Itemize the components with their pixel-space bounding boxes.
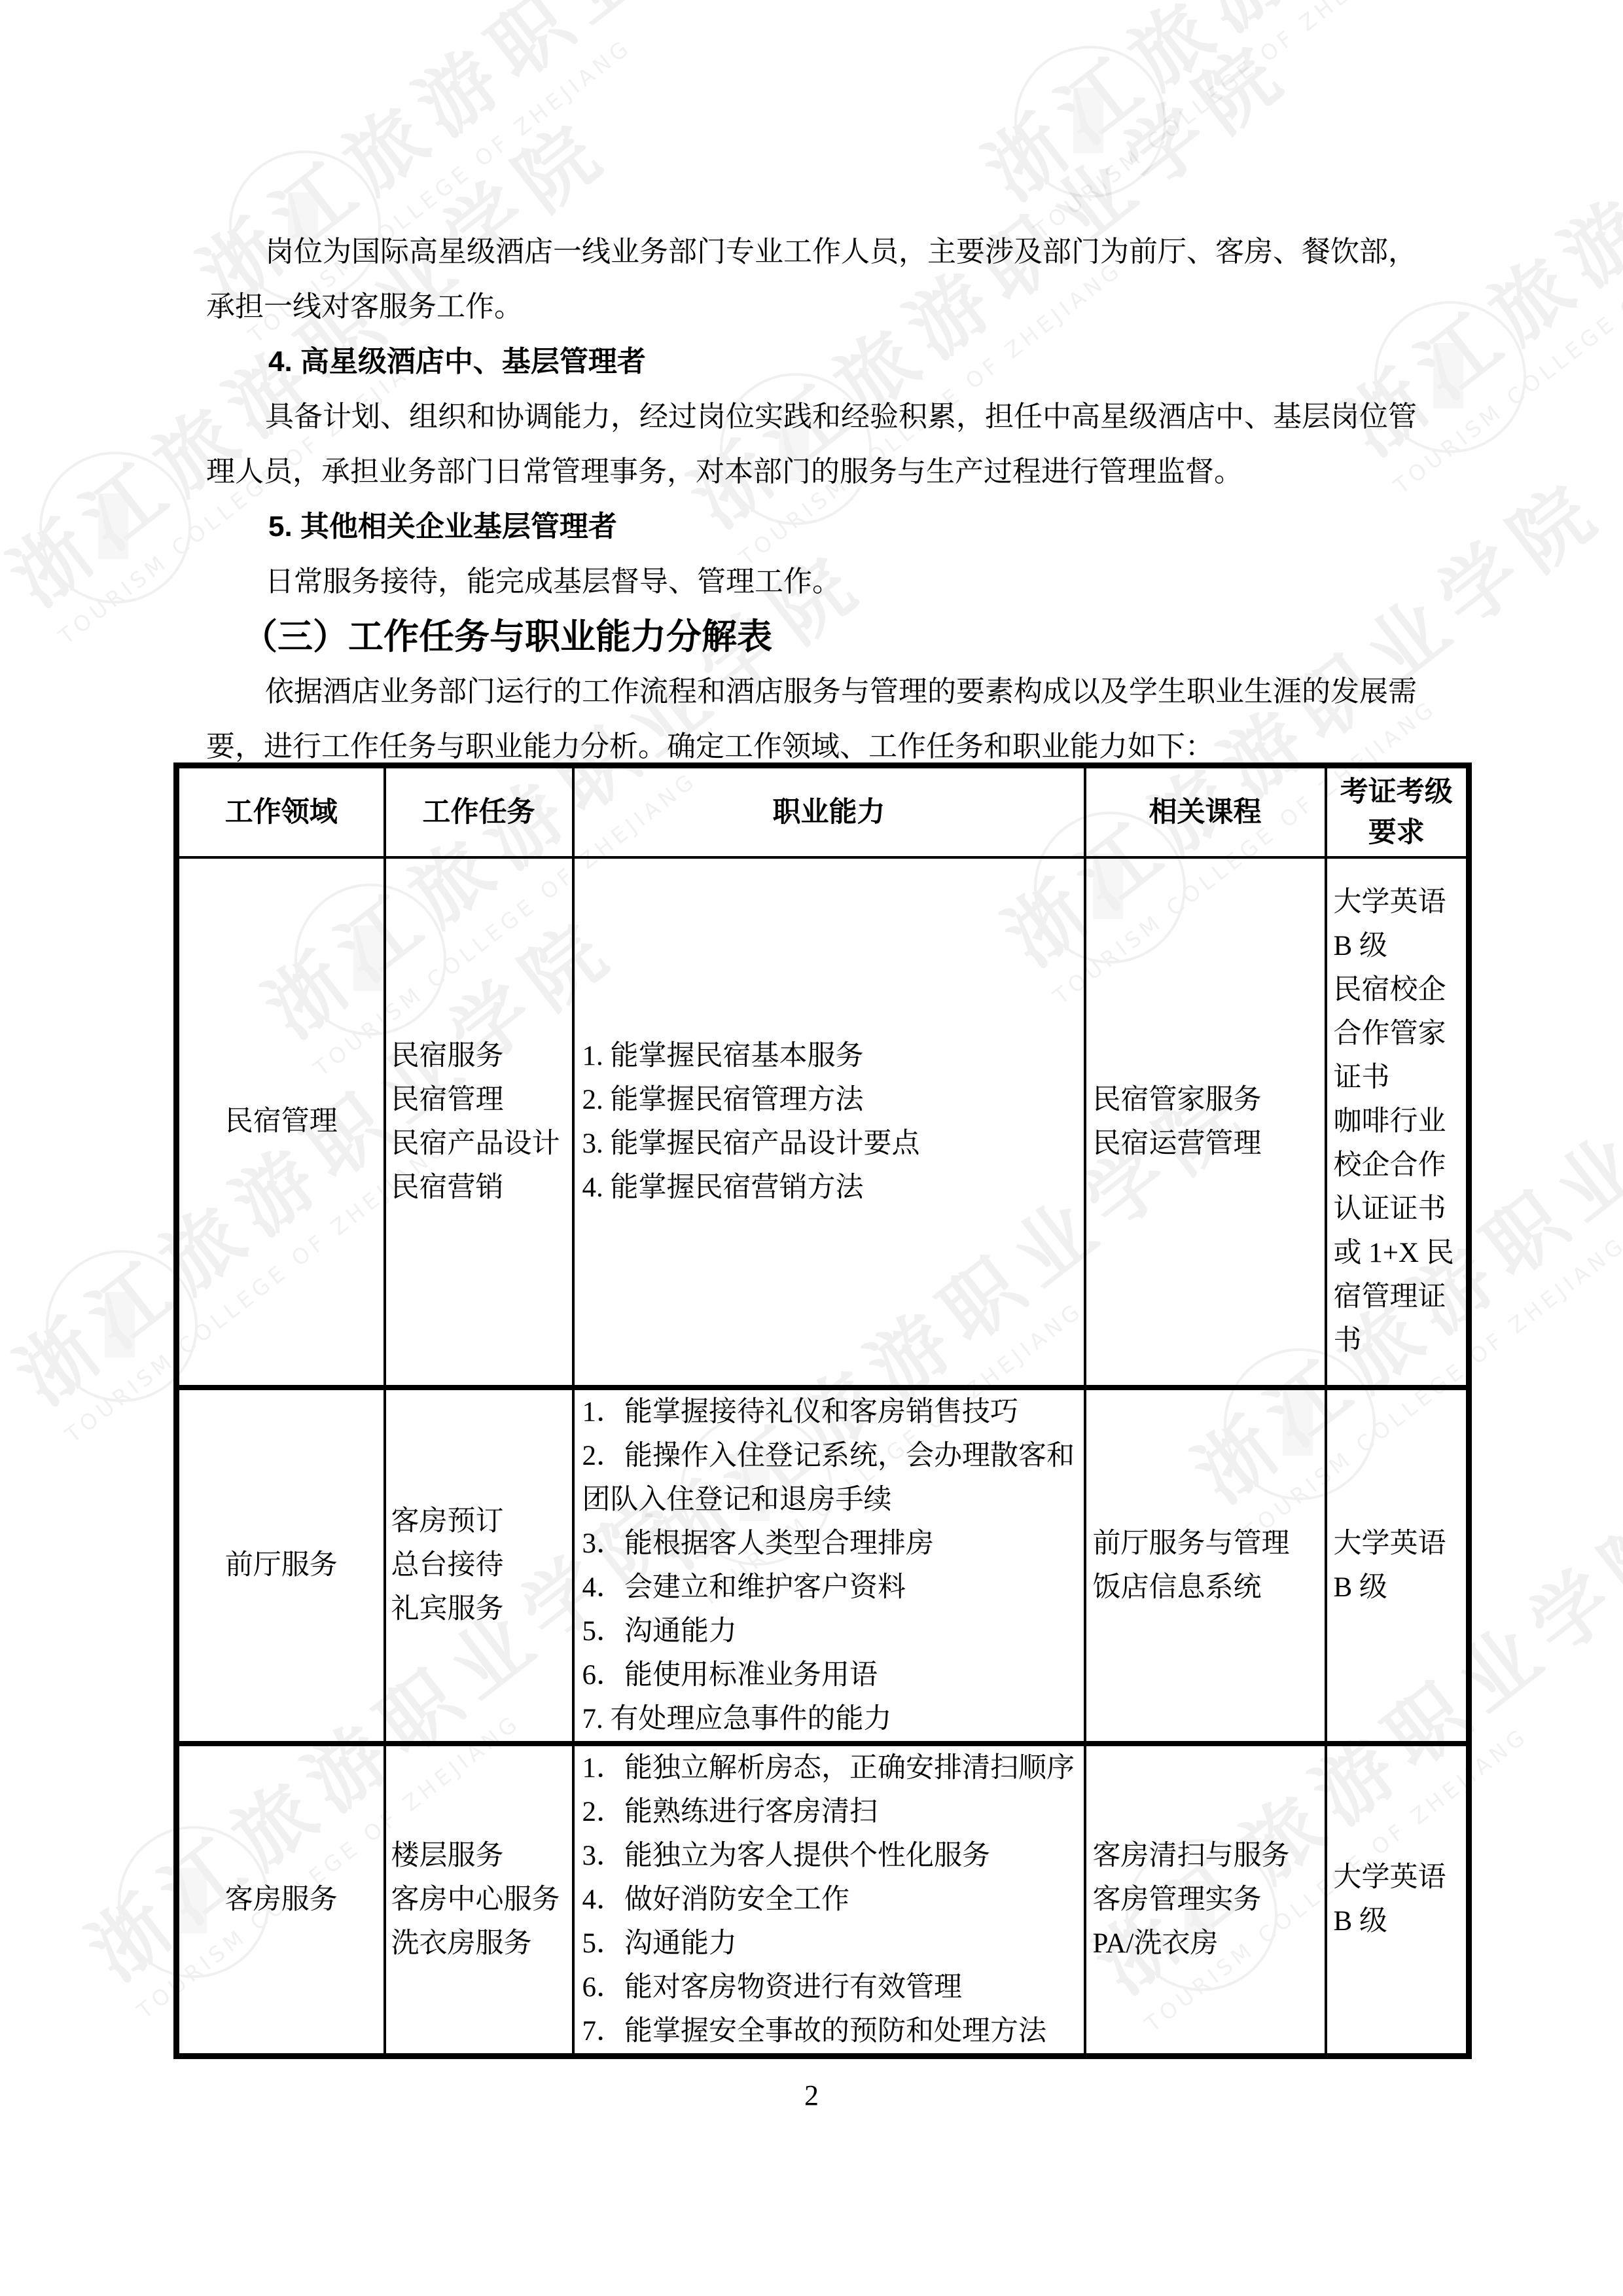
domain-cell: 客房服务 xyxy=(177,1744,385,2056)
abilities-cell: 1．能独立解析房态，正确安排清扫顺序 2．能熟练进行客房清扫 3．能独立为客人提… xyxy=(573,1744,1085,2056)
tasks-cell: 楼层服务 客房中心服务 洗衣房服务 xyxy=(385,1744,573,2056)
header-ability: 职业能力 xyxy=(573,766,1085,857)
header-course: 相关课程 xyxy=(1085,766,1326,857)
table-row-front-office: 前厅服务 客房预订 总台接待 礼宾服务 1．能掌握接待礼仪和客房销售技巧 2．能… xyxy=(177,1388,1469,1744)
heading-5-other-managers: 5. 其他相关企业基层管理者 xyxy=(206,499,1417,554)
table-header-row: 工作领域 工作任务 职业能力 相关课程 考证考级要求 xyxy=(177,766,1469,857)
task-ability-table: 工作领域 工作任务 职业能力 相关课程 考证考级要求 民宿管理 民宿服务 民宿管… xyxy=(173,762,1472,2059)
domain-cell: 前厅服务 xyxy=(177,1388,385,1744)
header-work-task: 工作任务 xyxy=(385,766,573,857)
tasks-cell: 民宿服务 民宿管理 民宿产品设计 民宿营销 xyxy=(385,857,573,1388)
abilities-cell: 1. 能掌握民宿基本服务 2. 能掌握民宿管理方法 3. 能掌握民宿产品设计要点… xyxy=(573,857,1085,1388)
document-page: 浙江旅游职业学院TOURISM COLLEGE OF ZHEJIANG 浙江旅游… xyxy=(0,0,1623,2296)
header-cert: 考证考级要求 xyxy=(1326,766,1469,857)
courses-cell: 客房清扫与服务 客房管理实务 PA/洗衣房 xyxy=(1085,1744,1326,2056)
courses-cell: 前厅服务与管理 饭店信息系统 xyxy=(1085,1388,1326,1744)
paragraph-frontline-staff: 岗位为国际高星级酒店一线业务部门专业工作人员，主要涉及部门为前厅、客房、餐饮部，… xyxy=(206,224,1417,334)
certs-cell: 大学英语 B 级 民宿校企合作管家证书 咖啡行业校企合作认证证书 或 1+X 民… xyxy=(1326,857,1469,1388)
header-work-domain: 工作领域 xyxy=(177,766,385,857)
courses-cell: 民宿管家服务 民宿运营管理 xyxy=(1085,857,1326,1388)
heading-section3-task-table: （三）工作任务与职业能力分解表 xyxy=(206,609,1417,664)
paragraph-table-intro: 依据酒店业务部门运行的工作流程和酒店服务与管理的要素构成以及学生职业生涯的发展需… xyxy=(206,664,1417,774)
page-number: 2 xyxy=(206,2076,1417,2115)
heading-4-hotel-managers: 4. 高星级酒店中、基层管理者 xyxy=(206,334,1417,389)
paragraph-manager-ability: 具备计划、组织和协调能力，经过岗位实践和经验积累，担任中高星级酒店中、基层岗位管… xyxy=(206,389,1417,499)
paragraph-daily-service: 日常服务接待，能完成基层督导、管理工作。 xyxy=(206,554,1417,609)
table-row-housekeeping: 客房服务 楼层服务 客房中心服务 洗衣房服务 1．能独立解析房态，正确安排清扫顺… xyxy=(177,1744,1469,2056)
abilities-cell: 1．能掌握接待礼仪和客房销售技巧 2．能操作入住登记系统，会办理散客和团队入住登… xyxy=(573,1388,1085,1744)
page-content: 岗位为国际高星级酒店一线业务部门专业工作人员，主要涉及部门为前厅、客房、餐饮部，… xyxy=(206,0,1417,2115)
tasks-cell: 客房预订 总台接待 礼宾服务 xyxy=(385,1388,573,1744)
table-row-minsu: 民宿管理 民宿服务 民宿管理 民宿产品设计 民宿营销 1. 能掌握民宿基本服务 … xyxy=(177,857,1469,1388)
domain-cell: 民宿管理 xyxy=(177,857,385,1388)
certs-cell: 大学英语 B 级 xyxy=(1326,1744,1469,2056)
certs-cell: 大学英语 B 级 xyxy=(1326,1388,1469,1744)
college-seal-icon xyxy=(39,452,191,603)
